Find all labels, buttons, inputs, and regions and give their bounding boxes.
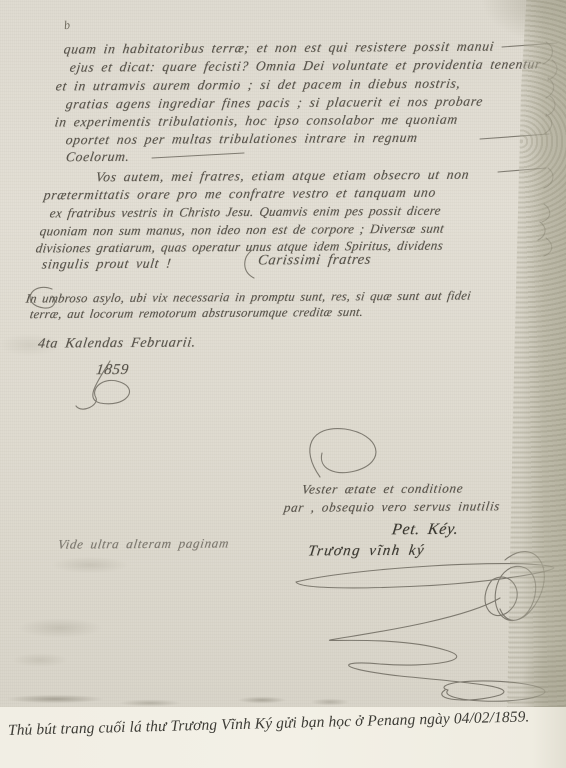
valediction-line: par , obsequio vero servus inutilis [283,498,501,516]
handwriting-line: singulis prout vult ! [41,256,173,273]
signature-name: Trương vĩnh ký [307,543,426,561]
handwriting-line: ejus et dicat: quare fecisti? Omnia Dei … [69,56,542,75]
closing-line: Carissimi fratres [257,252,372,270]
handwriting-line: gratias agens ingrediar fines pacis ; si… [65,94,484,113]
side-note: Vide ultra alteram paginam [57,535,230,552]
handwriting-line: Vos autem, mei fratres, etiam atque etia… [95,167,471,186]
signature-short: Pet. Kéy. [391,521,460,539]
handwriting-line: et in utramvis aurem dormio ; si det pac… [55,76,462,95]
handwriting-line: In umbroso asylo, ubi vix necessaria in … [25,288,472,306]
manuscript-scan: b quam in habitatoribus terræ; et non es… [0,0,566,707]
handwriting-line: ex fratribus vestris in Christo Jesu. Qu… [49,203,442,222]
handwriting-line: prætermittatis orare pro me confratre ve… [43,185,437,204]
handwriting-line: divisiones gratiarum, quas operatur unus… [35,238,444,257]
handwriting-line: quam in habitatoribus terræ; et non est … [63,38,496,57]
handwriting-line: terræ, aut locorum remotorum abstrusorum… [29,305,364,322]
corner-mark: b [63,18,71,34]
handwriting-line: oportet nos per multas tribulationes int… [65,130,419,148]
year: 1859 [95,362,130,379]
valediction-line: Vester ætate et conditione [301,480,464,497]
handwriting-line: quoniam non sum manus, non ideo non est … [39,221,445,240]
handwriting-line: Coelorum. [65,149,131,165]
handwriting-line: in experimentis tribulationis, hoc ipso … [54,112,459,131]
scanned-book-page: b quam in habitatoribus terræ; et non es… [0,0,566,768]
page-edge-shading [502,0,566,707]
dateline: 4ta Kalendas Februarii. [37,335,197,352]
